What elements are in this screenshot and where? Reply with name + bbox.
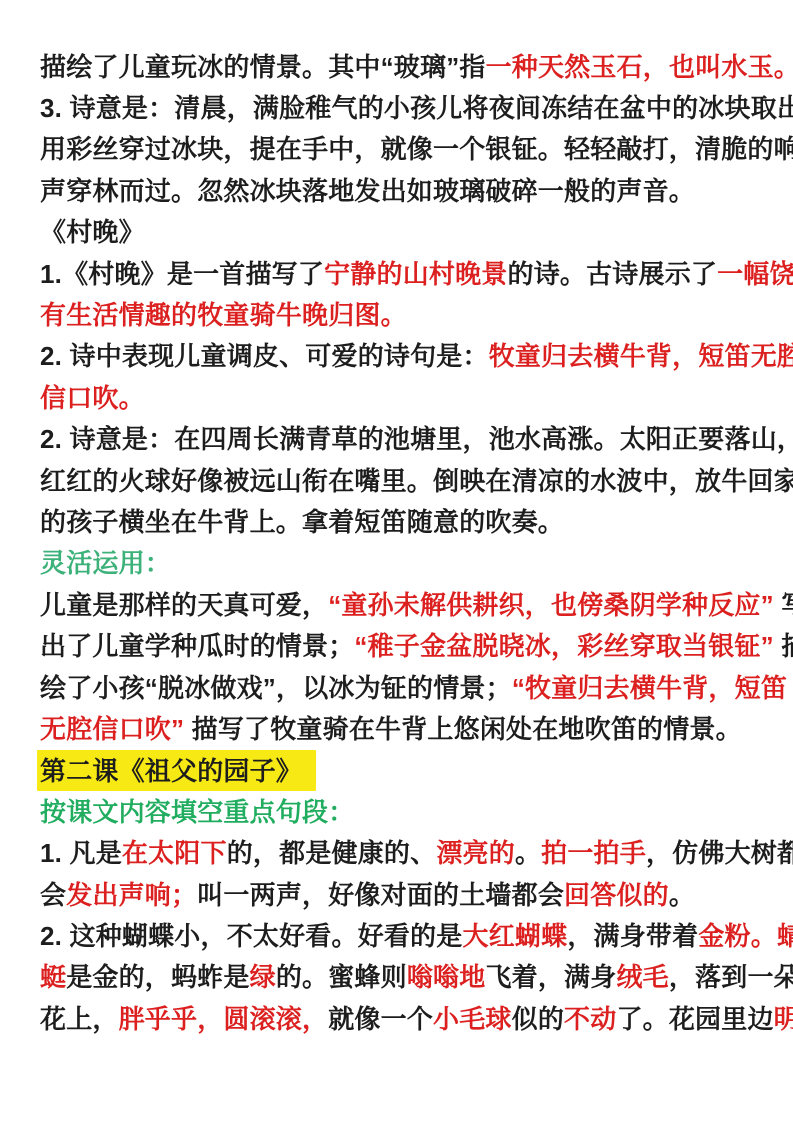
- text-segment: 2. 诗意是：在四周长满青草的池塘里，池水高涨。太阳正要落山，: [40, 426, 793, 452]
- text-segment: 描: [774, 633, 793, 659]
- text-segment: 拍一拍手: [541, 840, 646, 866]
- text-segment: 的孩子横坐在牛背上。拿着短笛随意的吹奏。: [40, 509, 564, 535]
- text-segment: 声穿林而过。忽然冰块落地发出如玻璃破碎一般的声音。: [40, 178, 695, 204]
- text-segment: 花上，: [40, 1006, 119, 1032]
- text-segment: 绒毛: [616, 964, 668, 990]
- text-segment: 1.《村晚》是一首描写了: [40, 261, 324, 287]
- text-segment: 。: [515, 840, 541, 866]
- text-line: 会发出声响；叫一两声，好像对面的土墙都会回答似的。: [40, 874, 766, 915]
- text-segment: 一幅饶: [717, 261, 793, 287]
- text-segment: 小毛球: [433, 1006, 512, 1032]
- text-line: 3. 诗意是：清晨，满脸稚气的小孩儿将夜间冻结在盆中的冰块取出，: [40, 87, 766, 128]
- text-line: 1. 凡是在太阳下的，都是健康的、漂亮的。拍一拍手，仿佛大树都: [40, 832, 766, 873]
- text-line: 2. 诗中表现儿童调皮、可爱的诗句是：牧童归去横牛背，短笛无腔: [40, 336, 766, 377]
- text-line: 2. 这种蝴蝶小，不太好看。好看的是大红蝴蝶，满身带着金粉。蜻: [40, 915, 766, 956]
- text-line: 花上，胖乎乎，圆滚滚，就像一个小毛球似的不动了。花园里边明: [40, 998, 766, 1039]
- text-segment: 叫一两声，好像对面的土墙都会: [197, 882, 564, 908]
- text-segment: 就像一个: [328, 1006, 433, 1032]
- text-segment: ，满身带着: [567, 923, 698, 949]
- text-segment: 飞着，满身: [485, 964, 616, 990]
- lesson-title-highlighted: 第二课《祖父的园子》: [37, 750, 316, 791]
- text-segment: 不动: [564, 1006, 616, 1032]
- text-segment: 描写了牧童骑在牛背上悠闲处在地吹笛的情景。: [184, 716, 742, 742]
- text-segment: 的诗。古诗展示了: [508, 261, 718, 287]
- text-line: 声穿林而过。忽然冰块落地发出如玻璃破碎一般的声音。: [40, 170, 766, 211]
- text-line: 灵活运用：: [40, 543, 766, 584]
- text-line: 用彩丝穿过冰块，提在手中，就像一个银钲。轻轻敲打，清脆的响: [40, 129, 766, 170]
- text-segment: 宁静的山村晚景: [324, 261, 507, 287]
- text-segment: 绿: [250, 964, 276, 990]
- text-segment: 有生活情趣的牧童骑牛晚归图。: [40, 302, 407, 328]
- text-segment: 了。花园里边: [616, 1006, 773, 1032]
- text-segment: 儿童是那样的天真可爱，: [40, 592, 328, 618]
- text-segment: ，仿佛大树都: [646, 840, 793, 866]
- text-line: 红红的火球好像被远山衔在嘴里。倒映在清凉的水波中，放牛回家: [40, 460, 766, 501]
- notes-page: 描绘了儿童玩冰的情景。其中“玻璃”指一种天然玉石，也叫水玉。3. 诗意是：清晨，…: [0, 0, 793, 1122]
- text-segment: 明: [774, 1006, 793, 1032]
- text-segment: 一种天然玉石，也叫水玉。: [486, 54, 793, 80]
- text-segment: 绘了小孩“脱冰做戏”，以冰为钲的情景；: [40, 675, 512, 701]
- text-line: 无腔信口吹” 描写了牧童骑在牛背上悠闲处在地吹笛的情景。: [40, 708, 766, 749]
- text-segment: 回答似的: [564, 882, 669, 908]
- text-segment: 《村晚》: [40, 219, 145, 245]
- text-segment: 的。蜜蜂则: [276, 964, 407, 990]
- text-line: 儿童是那样的天真可爱，“童孙未解供耕织，也傍桑阴学种反应” 写: [40, 584, 766, 625]
- text-line: 绘了小孩“脱冰做戏”，以冰为钲的情景；“牧童归去横牛背，短笛: [40, 667, 766, 708]
- text-segment: 出了儿童学种瓜时的情景；: [40, 633, 354, 659]
- text-segment: 写: [774, 592, 793, 618]
- text-segment: 胖乎乎，圆滚滚，: [119, 1006, 329, 1032]
- text-segment: 灵活运用：: [40, 550, 171, 576]
- text-line: 第二课《祖父的园子》: [40, 750, 766, 791]
- text-segment: 。: [669, 882, 695, 908]
- text-segment: 蜓: [40, 964, 66, 990]
- text-segment: 是金的，蚂蚱是: [66, 964, 249, 990]
- text-segment: 大红蝴蝶: [463, 923, 568, 949]
- text-segment: 漂亮的: [436, 840, 515, 866]
- text-segment: 用彩丝穿过冰块，提在手中，就像一个银钲。轻轻敲打，清脆的响: [40, 136, 793, 162]
- text-line: 信口吹。: [40, 377, 766, 418]
- text-segment: 按课文内容填空重点句段：: [40, 799, 354, 825]
- text-line: 描绘了儿童玩冰的情景。其中“玻璃”指一种天然玉石，也叫水玉。: [40, 46, 766, 87]
- text-line: 蜓是金的，蚂蚱是绿的。蜜蜂则嗡嗡地飞着，满身绒毛，落到一朵: [40, 957, 766, 998]
- text-segment: 描绘了儿童玩冰的情景。其中“玻璃”指: [40, 54, 486, 80]
- text-line: 2. 诗意是：在四周长满青草的池塘里，池水高涨。太阳正要落山，: [40, 419, 766, 460]
- text-segment: 2. 这种蝴蝶小，不太好看。好看的是: [40, 923, 463, 949]
- text-line: 1.《村晚》是一首描写了宁静的山村晚景的诗。古诗展示了一幅饶: [40, 253, 766, 294]
- text-segment: “童孙未解供耕织，也傍桑阴学种反应”: [328, 592, 774, 618]
- text-segment: “牧童归去横牛背，短笛: [512, 675, 787, 701]
- text-segment: 的，都是健康的、: [227, 840, 437, 866]
- text-line: 《村晚》: [40, 212, 766, 253]
- text-segment: 发出声响；: [66, 882, 197, 908]
- text-line: 出了儿童学种瓜时的情景；“稚子金盆脱晓冰，彩丝穿取当银钲” 描: [40, 625, 766, 666]
- text-segment: 嗡嗡地: [407, 964, 486, 990]
- text-segment: 金粉。蜻: [698, 923, 793, 949]
- document-body: 描绘了儿童玩冰的情景。其中“玻璃”指一种天然玉石，也叫水玉。3. 诗意是：清晨，…: [40, 46, 766, 1039]
- text-segment: 无腔信口吹”: [40, 716, 184, 742]
- text-segment: 会: [40, 882, 66, 908]
- text-line: 按课文内容填空重点句段：: [40, 791, 766, 832]
- text-segment: 红红的火球好像被远山衔在嘴里。倒映在清凉的水波中，放牛回家: [40, 468, 793, 494]
- text-segment: 1. 凡是: [40, 840, 122, 866]
- text-segment: 2. 诗中表现儿童调皮、可爱的诗句是：: [40, 343, 489, 369]
- text-segment: 牧童归去横牛背，短笛无腔: [489, 343, 793, 369]
- text-segment: 3. 诗意是：清晨，满脸稚气的小孩儿将夜间冻结在盆中的冰块取出，: [40, 95, 793, 121]
- text-segment: 在太阳下: [122, 840, 227, 866]
- text-line: 有生活情趣的牧童骑牛晚归图。: [40, 294, 766, 335]
- text-segment: 信口吹。: [40, 385, 145, 411]
- text-line: 的孩子横坐在牛背上。拿着短笛随意的吹奏。: [40, 501, 766, 542]
- text-segment: “稚子金盆脱晓冰，彩丝穿取当银钲”: [354, 633, 773, 659]
- text-segment: 似的: [512, 1006, 564, 1032]
- text-segment: ，落到一朵: [669, 964, 793, 990]
